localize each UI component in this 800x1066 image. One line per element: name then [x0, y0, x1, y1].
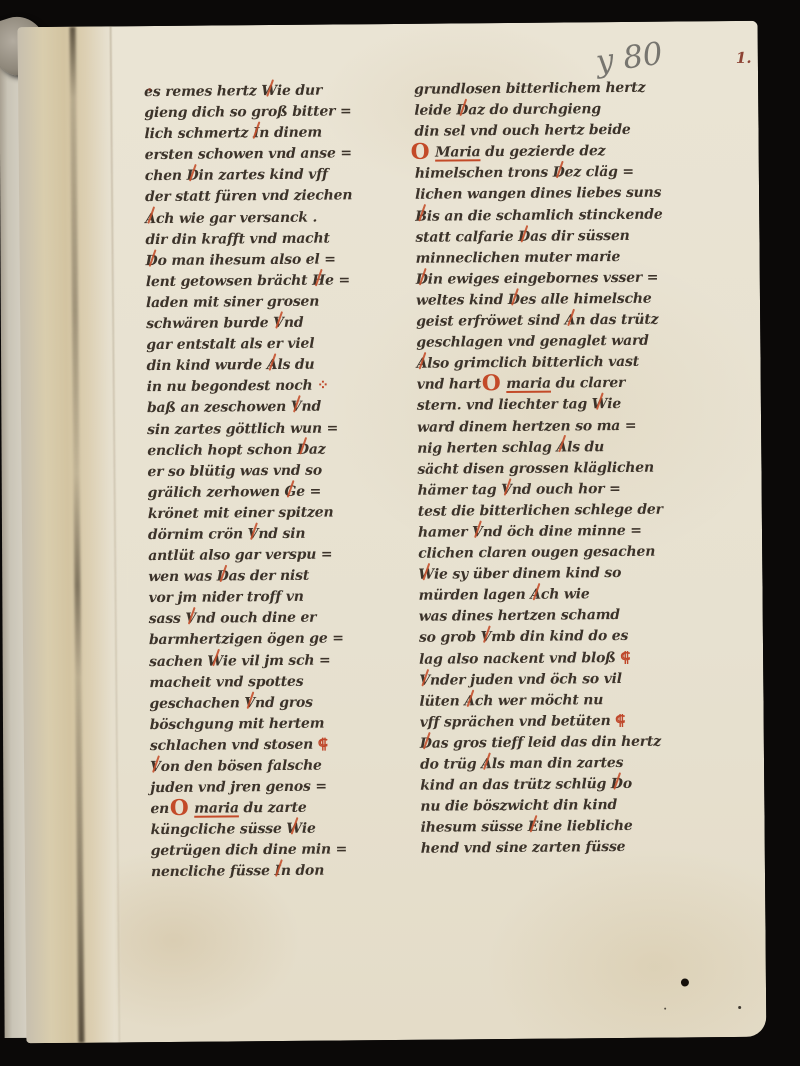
ink-text: vnd hart: [417, 376, 486, 393]
ink-text: nd öch dine minne =: [483, 523, 642, 540]
text-column-right: grundlosen bitterlichem hertzleide Daz d…: [414, 77, 703, 860]
manuscript-line: statt calfarie Das dir süssen: [415, 225, 697, 249]
manuscript-line: was dines hertzen schamd: [419, 605, 701, 629]
ink-text: din kind wurde: [146, 357, 266, 374]
ink-text: ez cläg =: [565, 164, 634, 181]
manuscript-line: Ach wie gar versanck .: [145, 207, 397, 230]
manuscript-line: Das gros tieff leid das din hertz: [420, 731, 702, 755]
manuscript-line: getrügen dich dine min =: [151, 839, 403, 862]
ink-text: mb din kind do es: [491, 628, 628, 645]
manuscript-line: Bis an die schamlich stinckende: [415, 204, 697, 228]
manuscript-line: din sel vnd ouch hertz beide: [414, 120, 696, 144]
red-touched-capital: V: [419, 670, 430, 691]
manuscript-line: so grob Vmb din kind do es: [419, 626, 701, 650]
ink-text: böschgung mit hertem: [150, 715, 325, 733]
ink-text: grundlosen bitterlichem hertz: [414, 80, 645, 98]
red-touched-capital: V: [273, 313, 284, 334]
red-touched-capital: A: [145, 209, 156, 230]
ink-text: enclich hopt schon: [147, 441, 297, 458]
ink-text: er so blütig was vnd so: [147, 462, 322, 480]
red-touched-capital: D: [553, 163, 565, 184]
ink-text: mürden lagen: [418, 587, 530, 604]
manuscript-line: in nu begondest noch ⁘: [147, 375, 399, 398]
ink-text: in nu begondest noch: [147, 378, 318, 395]
ink-text: ch wie: [541, 587, 590, 603]
ink-text: lent getowsen brächt: [146, 273, 312, 290]
ink-text: weltes kind: [416, 292, 508, 309]
ink-text: sachen: [149, 653, 207, 670]
ink-text: statt calfarie: [415, 229, 518, 246]
ink-text: as der nist: [229, 568, 310, 585]
ink-text: geist erfröwet sind: [416, 313, 565, 330]
ink-text: gieng dich so groß bitter =: [144, 103, 351, 121]
ink-text: n das trütz: [575, 312, 658, 329]
ink-text: macheit vnd spottes: [149, 673, 303, 690]
folio-number: 1.: [736, 49, 752, 67]
ink-text: ie dur: [277, 83, 322, 99]
ink-text: o: [623, 776, 632, 792]
ink-text: lich schmertz: [144, 125, 253, 142]
ink-text: schlachen vnd stosen: [150, 737, 318, 754]
red-touched-capital: D: [297, 439, 309, 460]
ink-text: stern. vnd liechter tag: [417, 397, 592, 415]
red-touched-capital: W: [207, 651, 223, 672]
manuscript-line: vor jm nider troff vn: [148, 586, 400, 609]
ink-text: lichen wangen dines liebes suns: [415, 185, 661, 203]
ink-text: der statt füren vnd ziechen: [145, 188, 352, 206]
manuscript-line: vff sprächen vnd betüten ⸿: [420, 710, 702, 734]
ink-text: es alle himelsche: [520, 291, 652, 308]
manuscript-line: schwären burde Vnd: [146, 312, 398, 335]
red-touched-capital: D: [611, 774, 623, 795]
ink-text: nd gros: [255, 694, 313, 711]
ink-text: in zartes kind vff: [198, 167, 327, 184]
ink-text: baß an zeschowen: [147, 399, 291, 416]
red-touched-capital: V: [248, 524, 259, 545]
manuscript-line: Din ewiges eingebornes vsser =: [416, 267, 698, 291]
manuscript-line: Also grimclich bitterlich vast: [416, 352, 698, 376]
manuscript-line: lag also nackent vnd bloß ⸿: [419, 647, 701, 671]
ink-text: do trüg: [420, 756, 481, 773]
ink-text: ihesum süsse: [421, 819, 528, 836]
red-touched-capital: A: [556, 437, 567, 458]
manuscript-line: gar entstalt als er viel: [146, 333, 398, 356]
red-lombard-initial: O: [170, 796, 189, 821]
red-paragraph-mark: ⸿: [318, 736, 328, 752]
red-touched-capital: D: [217, 567, 229, 588]
ink-text: barmhertzigen ögen ge =: [149, 631, 344, 649]
red-touched-capital: A: [416, 354, 427, 375]
manuscript-page: y 80 1. es remes hertz Wie durgieng dich…: [18, 21, 767, 1043]
red-touched-capital: G: [284, 482, 296, 503]
ink-text: ie: [607, 396, 621, 412]
manuscript-line: Wie sy über dinem kind so: [418, 562, 700, 586]
ink-speck: [148, 88, 151, 91]
ink-text: as dir süssen: [530, 228, 630, 245]
red-touched-capital: V: [501, 480, 512, 501]
manuscript-line: hämer tag Vnd ouch hor =: [418, 478, 700, 502]
ink-text: es remes hertz: [144, 83, 261, 100]
red-touched-capital: A: [530, 585, 541, 606]
manuscript-line: do trüg Als man din zartes: [420, 752, 702, 776]
ink-text: nig herten schlag: [417, 439, 556, 456]
ink-text: nd ouch dine er: [196, 610, 316, 627]
red-touched-capital: V: [472, 522, 483, 543]
manuscript-line: ihesum süsse Eine liebliche: [420, 816, 702, 840]
red-touched-capital: I: [274, 861, 281, 882]
manuscript-line: krönet mit einer spitzen: [148, 502, 400, 525]
ink-text: küngcliche süsse: [151, 821, 287, 838]
ink-text: ls man din zartes: [492, 755, 624, 772]
manuscript-photo: y 80 1. es remes hertz Wie durgieng dich…: [0, 0, 800, 1066]
ink-text: e =: [325, 272, 350, 288]
red-touched-capital: V: [150, 757, 161, 778]
manuscript-line: weltes kind Des alle himelsche: [416, 288, 698, 312]
red-lombard-initial: O: [411, 140, 430, 165]
ink-text: clichen claren ougen gesachen: [418, 544, 655, 562]
ink-text: nder juden vnd öch so vil: [430, 671, 622, 689]
red-touched-capital: D: [456, 100, 468, 121]
manuscript-line: es remes hertz Wie dur: [144, 80, 396, 103]
manuscript-line: dir din krafft vnd macht: [145, 228, 397, 251]
manuscript-line: Von den bösen falsche: [150, 755, 402, 778]
ink-text: hämer tag: [418, 482, 502, 499]
manuscript-line: ersten schowen vnd anse =: [145, 143, 397, 166]
manuscript-line: test die bitterlichen schlege der: [418, 499, 700, 523]
manuscript-line: sass Vnd ouch dine er: [149, 607, 401, 630]
manuscript-line: sin zartes göttlich wun =: [147, 417, 399, 440]
ink-text: geschachen: [149, 695, 244, 712]
ink-text: ls du: [277, 357, 314, 373]
ink-text: hend vnd sine zarten füsse: [421, 839, 626, 857]
manuscript-line: gieng dich so groß bitter =: [144, 101, 396, 124]
ink-text: e =: [296, 483, 321, 499]
ink-text: nd: [301, 399, 321, 415]
red-lombard-initial: O: [482, 371, 501, 396]
manuscript-line: kind an das trütz schlüg Do: [420, 773, 702, 797]
ink-text: ie: [302, 821, 316, 837]
manuscript-line: sachen Wie vil jm sch =: [149, 649, 401, 672]
red-touched-capital: A: [267, 355, 278, 376]
ink-text: wen was: [148, 569, 216, 586]
manuscript-line: baß an zeschowen Vnd: [147, 396, 399, 419]
manuscript-line: der statt füren vnd ziechen: [145, 185, 397, 208]
ink-text: nd: [284, 315, 304, 331]
manuscript-line: barmhertzigen ögen ge =: [149, 628, 401, 651]
red-touched-capital: E: [528, 817, 539, 838]
manuscript-line: böschgung mit hertem: [150, 713, 402, 736]
red-touched-capital: D: [420, 734, 432, 755]
ink-text: dir din krafft vnd macht: [145, 230, 329, 248]
ink-text: as gros tieff leid das din hertz: [432, 734, 661, 752]
red-touched-capital: V: [185, 609, 196, 630]
ink-text: ie sy über dinem kind so: [434, 565, 621, 583]
red-touched-capital: I: [253, 123, 260, 144]
manuscript-line: grälich zerhowen Ge =: [148, 481, 400, 504]
manuscript-line: sächt disen grossen kläglichen: [417, 457, 699, 481]
wormhole: [681, 978, 689, 986]
ink-text: sin zartes göttlich wun =: [147, 420, 338, 438]
ink-text: sass: [149, 611, 186, 627]
ink-text: antlüt also gar verspu =: [148, 547, 332, 565]
red-touched-capital: W: [261, 81, 277, 102]
ink-text: ch wie gar versanck .: [156, 209, 317, 226]
red-touched-capital: V: [244, 693, 255, 714]
ink-text: kind an das trütz schlüg: [420, 776, 611, 794]
manuscript-line: macheit vnd spottes: [149, 671, 401, 694]
red-underlined-word: maria: [194, 801, 239, 817]
ink-text: n don: [281, 863, 324, 879]
red-touched-capital: W: [286, 819, 302, 840]
manuscript-line: nencliche füsse In don: [151, 860, 403, 883]
ink-text: in ewiges eingebornes vsser =: [428, 270, 659, 288]
ink-text: dörnim crön: [148, 526, 248, 543]
manuscript-line: ward dinem hertzen so ma =: [417, 415, 699, 439]
manuscript-line: Do man ihesum also el =: [146, 249, 398, 272]
ink-text: schwären burde: [146, 315, 273, 332]
ink-text: du gezierde dez: [480, 143, 605, 160]
ink-text: sächt disen grossen kläglichen: [417, 459, 654, 477]
ink-text: lag also nackent vnd bloß: [419, 650, 620, 668]
manuscript-line: nig herten schlag Als du: [417, 436, 699, 460]
wormhole-speck: [664, 1008, 666, 1010]
ink-text: juden vnd jren genos =: [150, 779, 327, 797]
ink-text: krönet mit einer spitzen: [148, 504, 334, 522]
manuscript-line: er so blütig was vnd so: [147, 460, 399, 483]
ink-text: geschlagen vnd genaglet ward: [416, 333, 649, 351]
red-touched-capital: V: [481, 628, 492, 649]
manuscript-line: schlachen vnd stosen ⸿: [150, 734, 402, 757]
ink-text: nd ouch hor =: [512, 481, 621, 498]
red-underlined-word: Maria: [435, 144, 480, 160]
ink-text: du clarer: [551, 375, 625, 392]
manuscript-line: dörnim crön Vnd sin: [148, 523, 400, 546]
manuscript-line: vnd hart O maria du clarer: [417, 373, 699, 397]
ink-text: on den bösen falsche: [161, 758, 322, 775]
shelfmark-pencil: y 80: [594, 36, 665, 80]
ink-text: ls du: [567, 439, 604, 455]
ink-text: vff sprächen vnd betüten: [420, 713, 616, 731]
red-touched-capital: D: [146, 251, 158, 272]
manuscript-line: leide Daz do durchgieng: [414, 98, 696, 122]
ink-text: chen: [145, 168, 187, 184]
manuscript-line: wen was Das der nist: [148, 565, 400, 588]
manuscript-line: antlüt also gar verspu =: [148, 544, 400, 567]
ink-text: minneclichen muter marie: [416, 249, 621, 267]
red-touched-capital: D: [416, 270, 428, 291]
manuscript-line: geschachen Vnd gros: [149, 692, 401, 715]
ink-text: nu die böszwicht din kind: [420, 797, 617, 815]
ink-text: ch wer möcht nu: [475, 692, 603, 709]
red-touched-capital: D: [508, 290, 520, 311]
ink-text: so grob: [419, 630, 481, 647]
manuscript-line: Vnder juden vnd öch so vil: [419, 668, 701, 692]
ink-text: nencliche füsse: [151, 864, 275, 881]
manuscript-line: lichen wangen dines liebes suns: [415, 183, 697, 207]
ink-text: ward dinem hertzen so ma =: [417, 417, 636, 435]
red-paragraph-mark: ⁘: [317, 378, 329, 394]
ink-text: getrügen dich dine min =: [151, 842, 347, 860]
manuscript-line: hamer Vnd öch dine minne =: [418, 520, 700, 544]
red-touched-capital: H: [312, 270, 325, 291]
manuscript-line: clichen claren ougen gesachen: [418, 541, 700, 565]
red-touched-capital: A: [464, 691, 475, 712]
ink-text: lso grimclich bitterlich vast: [427, 354, 639, 372]
manuscript-line: mürden lagen Ach wie: [418, 584, 700, 608]
ink-text: ersten schowen vnd anse =: [145, 146, 352, 164]
red-paragraph-mark: ⸿: [615, 713, 625, 729]
ink-text: hamer: [418, 524, 472, 540]
ink-text: test die bitterlichen schlege der: [418, 502, 663, 520]
ink-text: nd sin: [258, 526, 305, 542]
manuscript-line: stern. vnd liechter tag Wie: [417, 394, 699, 418]
red-underlined-word: maria: [506, 376, 551, 392]
ink-text: az: [309, 441, 326, 457]
ink-text: ine liebliche: [538, 818, 632, 835]
ink-text: himelschen trons: [415, 165, 553, 182]
ink-text: laden mit siner grosen: [146, 294, 319, 312]
ink-text: vor jm nider troff vn: [149, 589, 304, 606]
manuscript-line: laden mit siner grosen: [146, 291, 398, 314]
manuscript-line: minneclichen muter marie: [416, 246, 698, 270]
ink-text: was dines hertzen schamd: [419, 607, 620, 625]
manuscript-line: nu die böszwicht din kind: [420, 794, 702, 818]
ink-text: din sel vnd ouch hertz beide: [414, 122, 630, 140]
red-touched-capital: A: [565, 310, 576, 331]
wormhole-speck: [738, 1006, 741, 1009]
ink-text: lüten: [419, 693, 464, 709]
red-touched-capital: D: [518, 226, 530, 247]
red-touched-capital: V: [291, 397, 302, 418]
red-touched-capital: A: [481, 754, 492, 775]
red-paragraph-mark: ⸿: [620, 649, 630, 665]
manuscript-line: grundlosen bitterlichem hertz: [414, 77, 696, 101]
ink-text: gar entstalt als er viel: [146, 336, 314, 353]
red-touched-capital: W: [592, 395, 608, 416]
ink-text: o man ihesum also el =: [158, 251, 336, 269]
ink-text: is an die schamlich stinckende: [427, 206, 663, 224]
manuscript-line: himelschen trons Dez cläg =: [415, 162, 697, 186]
manuscript-line: lüten Ach wer möcht nu: [419, 689, 701, 713]
manuscript-line: lich schmertz In dinem: [144, 122, 396, 145]
ink-text: grälich zerhowen: [148, 484, 285, 501]
manuscript-line: din kind wurde Als du: [146, 354, 398, 377]
red-touched-capital: W: [418, 565, 434, 586]
ink-text: leide: [414, 103, 456, 119]
manuscript-line: küngcliche süsse Wie: [151, 818, 403, 841]
ink-text: az do durchgieng: [468, 101, 601, 118]
manuscript-line: en O maria du zarte: [150, 797, 402, 820]
manuscript-line: chen Din zartes kind vff: [145, 164, 397, 187]
manuscript-line: geist erfröwet sind An das trütz: [416, 309, 698, 333]
manuscript-line: O Maria du gezierde dez: [415, 141, 697, 165]
red-touched-capital: B: [415, 206, 427, 227]
red-touched-capital: D: [186, 166, 198, 187]
ink-text: n dinem: [259, 125, 322, 142]
manuscript-line: lent getowsen brächt He =: [146, 270, 398, 293]
manuscript-line: geschlagen vnd genaglet ward: [416, 330, 698, 354]
manuscript-line: hend vnd sine zarten füsse: [421, 837, 703, 861]
ink-text: ie vil jm sch =: [223, 652, 331, 669]
manuscript-line: enclich hopt schon Daz: [147, 439, 399, 462]
text-column-left: es remes hertz Wie durgieng dich so groß…: [144, 80, 403, 884]
ink-text: du zarte: [239, 800, 307, 817]
